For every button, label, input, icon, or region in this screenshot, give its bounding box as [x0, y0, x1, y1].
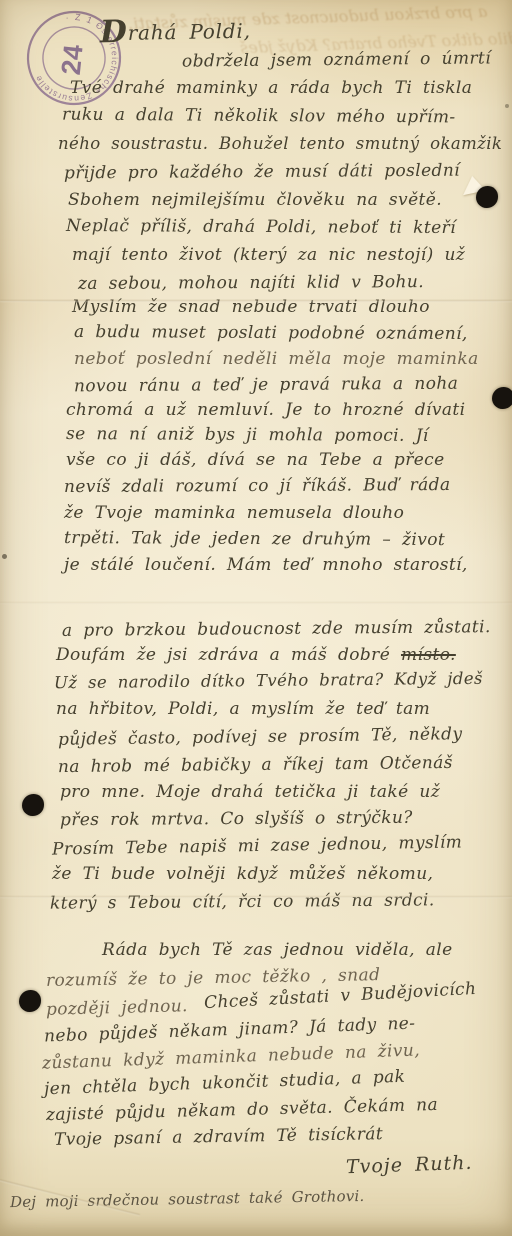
ink-speck: [505, 104, 509, 108]
letter-line: Ráda bych Tě zas jednou viděla, ale: [102, 942, 453, 959]
letter-line: a pro brzkou budoucnost zde musím zůstat…: [62, 619, 491, 640]
punch-hole: [476, 186, 498, 208]
letter-line: Tvé drahé maminky a ráda bych Ti tiskla: [70, 80, 472, 97]
letter-line: jen chtěla bych ukončit studia, a pak: [44, 1069, 406, 1099]
letter-line: nevíš zdali rozumí co jí říkáš. Buď ráda: [64, 477, 451, 496]
letter-line: obdržela jsem oznámení o úmrtí: [182, 50, 491, 70]
letter-line: později jednou.: [46, 998, 188, 1019]
salutation-rest: rahá Poldi,: [127, 19, 250, 45]
fold-crease: [0, 896, 512, 898]
fold-crease: [0, 300, 512, 302]
punch-hole: [19, 990, 41, 1012]
letter-line: přijde pro každého že musí dáti poslední: [64, 163, 460, 183]
struck-word: místo.: [401, 645, 456, 665]
letter-page: a pro brzkou budoucnost zde musím zůstat…: [0, 0, 512, 1236]
letter-line-text: Doufám že jsi zdráva a máš dobré: [56, 645, 401, 665]
letter-line: novou ránu a teď je pravá ruka a noha: [74, 376, 458, 396]
letter-line: na hřbitov, Poldi, a myslím že teď tam: [56, 701, 430, 718]
signature: Tvoje Ruth.: [346, 1154, 473, 1177]
punch-hole: [22, 794, 44, 816]
letter-line: Sbohem nejmilejšímu člověku na světě.: [68, 192, 442, 209]
letter-line: se na ní aniž bys ji mohla pomoci. Jí: [66, 426, 429, 445]
letter-line: zajisté půjdu někam do světa. Čekám na: [46, 1097, 438, 1124]
fold-crease: [0, 602, 512, 604]
letter-line: na hrob mé babičky a říkej tam Otčenáš: [58, 755, 453, 776]
letter-line: neboť poslední neděli měla moje maminka: [74, 351, 479, 368]
letter-line: chromá a už nemluví. Je to hrozné dívati: [66, 402, 465, 419]
letter-line: za sebou, mohou najíti klid v Bohu.: [78, 274, 424, 293]
letter-line: půjdeš často, podívej se prosím Tě, někd…: [58, 726, 463, 749]
postscript: Dej moji srdečnou soustrast také Grothov…: [10, 1189, 365, 1210]
letter-line: trpěti. Tak jde jeden ze druhým – život: [64, 530, 445, 549]
letter-line: mají tento život (který za nic nestojí) …: [72, 247, 465, 264]
letter-line: Už se narodilo dítko Tvého bratra? Když …: [54, 671, 483, 692]
letter-line: pro mne. Moje drahá tetička ji také už: [60, 784, 440, 801]
letter-line: ného soustrastu. Bohužel tento smutný ok…: [58, 136, 502, 153]
letter-line: ruku a dala Ti několik slov mého upřím-: [62, 107, 456, 127]
letter-line: Doufám že jsi zdráva a máš dobré místo.: [56, 647, 456, 664]
letter-line: Prosím Tebe napiš mi zase jednou, myslím: [52, 834, 463, 858]
stamp-number: 24: [56, 43, 89, 76]
ink-speck: [2, 554, 7, 559]
letter-line: je stálé loučení. Mám teď mnoho starostí…: [64, 557, 468, 574]
letter-line: přes rok mrtva. Co slyšíš o strýčku?: [60, 810, 413, 829]
salutation-initial: D: [100, 14, 128, 50]
letter-line: že Tvoje maminka nemusela dlouho: [64, 505, 404, 522]
letter-line: že Ti bude volněji když můžeš někomu,: [52, 866, 433, 883]
punch-hole: [492, 387, 512, 409]
letter-line: nebo půjdeš někam jinam? Já tady ne-: [44, 1016, 416, 1046]
letter-line: a budu muset poslati podobné oznámení,: [74, 324, 468, 343]
salutation: Drahá Poldi,: [100, 21, 251, 44]
letter-line: Neplač příliš, drahá Poldi, neboť ti kte…: [66, 218, 456, 237]
letter-line: Tvoje psaní a zdravím Tě tisíckrát: [54, 1126, 383, 1149]
letter-line: vše co ji dáš, dívá se na Tebe a přece: [66, 452, 445, 469]
